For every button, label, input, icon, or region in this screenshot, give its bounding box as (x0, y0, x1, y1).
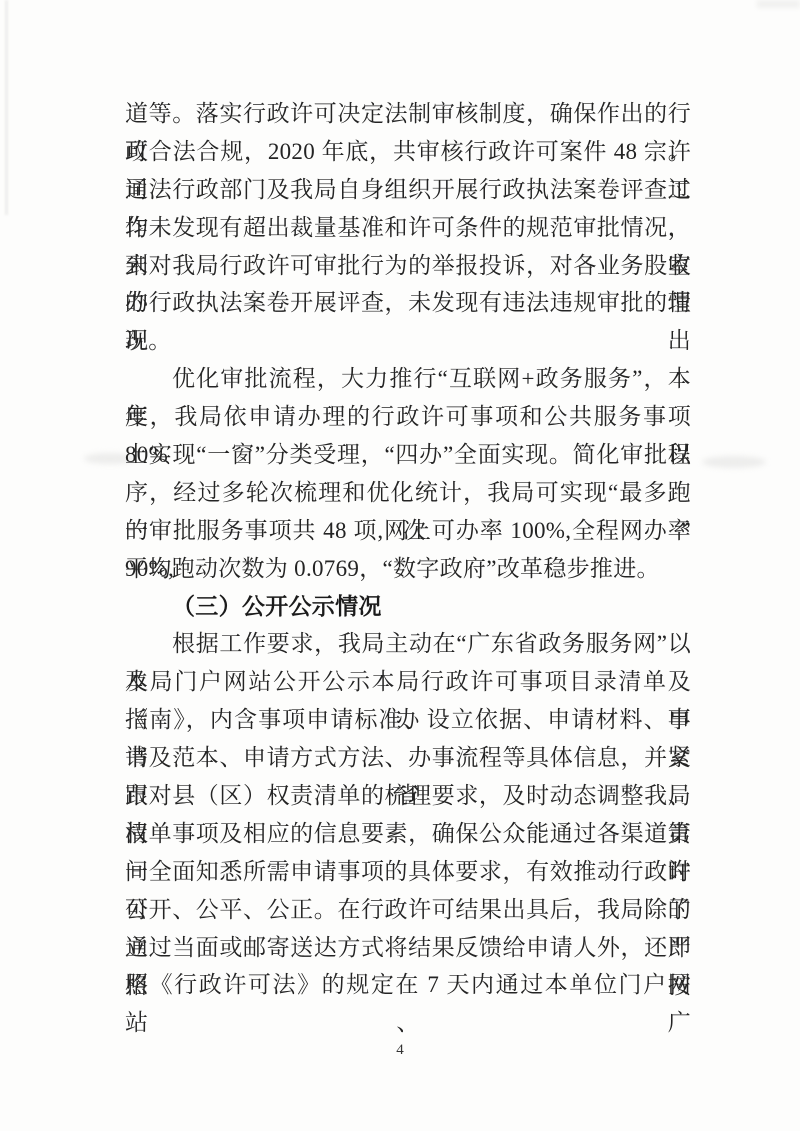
text-line: 优化审批流程，大力推行“互联网+政务服务”，本年 (125, 360, 691, 398)
text-line: 的审批服务事项共 48 项,网上可办率 100%,全程网办率 90%, (125, 512, 691, 550)
scanned-document-page: 道等。落实行政许可决定法制审核制度，确保作出的行政许可合法合规，2020 年底，… (0, 0, 800, 1131)
text-line: 均未发现有超出裁量基准和许可条件的规范审批情况，未收 (125, 209, 691, 247)
text-line: 指南》，内含事项申请标准、设立依据、申请材料、申请文 (125, 701, 691, 739)
scan-smudge-top-right (757, 0, 800, 8)
text-block: 道等。落实行政许可决定法制审核制度，确保作出的行政许可合法合规，2020 年底，… (125, 95, 691, 1004)
text-line: 序，经过多轮次梳理和优化统计，我局可实现“最多跑一次” (125, 474, 691, 512)
text-line: 市对县（区）权责清单的梳理要求，及时动态调整我局权责 (125, 777, 691, 815)
text-line: 公开、公平、公正。在行政许可结果出具后，我局除了立即 (125, 891, 691, 929)
text-line: 道等。落实行政许可决定法制审核制度，确保作出的行政许 (125, 95, 691, 133)
text-line: 度，我局依申请办理的行政许可事项和公共服务事项 80%以 (125, 398, 691, 436)
text-line: 上实现“一窗”分类受理，“四办”全面实现。简化审批程 (125, 436, 691, 474)
section-heading: （三）公开公示情况 (125, 588, 691, 626)
text-line: 间全面知悉所需申请事项的具体要求，有效推动行政许可的 (125, 853, 691, 891)
text-line: 本局门户网站公开公示本局行政许可事项目录清单及《办事 (125, 663, 691, 701)
scan-smudge-right (702, 456, 766, 468)
text-line: 的行政执法案卷开展评查，未发现有违法违规审批的情况出 (125, 284, 691, 322)
page-number: 4 (0, 1042, 800, 1059)
text-line: 根据工作要求，我局主动在“广东省政务服务网”以及 (125, 625, 691, 663)
text-line: 司法行政部门及我局自身组织开展行政执法案卷评查工作， (125, 171, 691, 209)
text-line: 清单事项及相应的信息要素，确保公众能通过各渠道第一时 (125, 815, 691, 853)
text-line: 可合法合规，2020 年底，共审核行政许可案件 48 宗。通过 (125, 133, 691, 171)
text-line: 书及范本、申请方式方法、办事流程等具体信息，并紧跟省、 (125, 739, 691, 777)
text-line: 照《行政许可法》的规定在 7 天内通过本单位门户网站、广 (125, 966, 691, 1004)
text-line: 平均跑动次数为 0.0769，“数字政府”改革稳步推进。 (125, 550, 691, 588)
scan-edge-artifact (5, 0, 8, 215)
text-line: 到对我局行政许可审批行为的举报投诉，对各业务股室办理 (125, 247, 691, 285)
text-line: 通过当面或邮寄送达方式将结果反馈给申请人外，还严格按 (125, 929, 691, 967)
